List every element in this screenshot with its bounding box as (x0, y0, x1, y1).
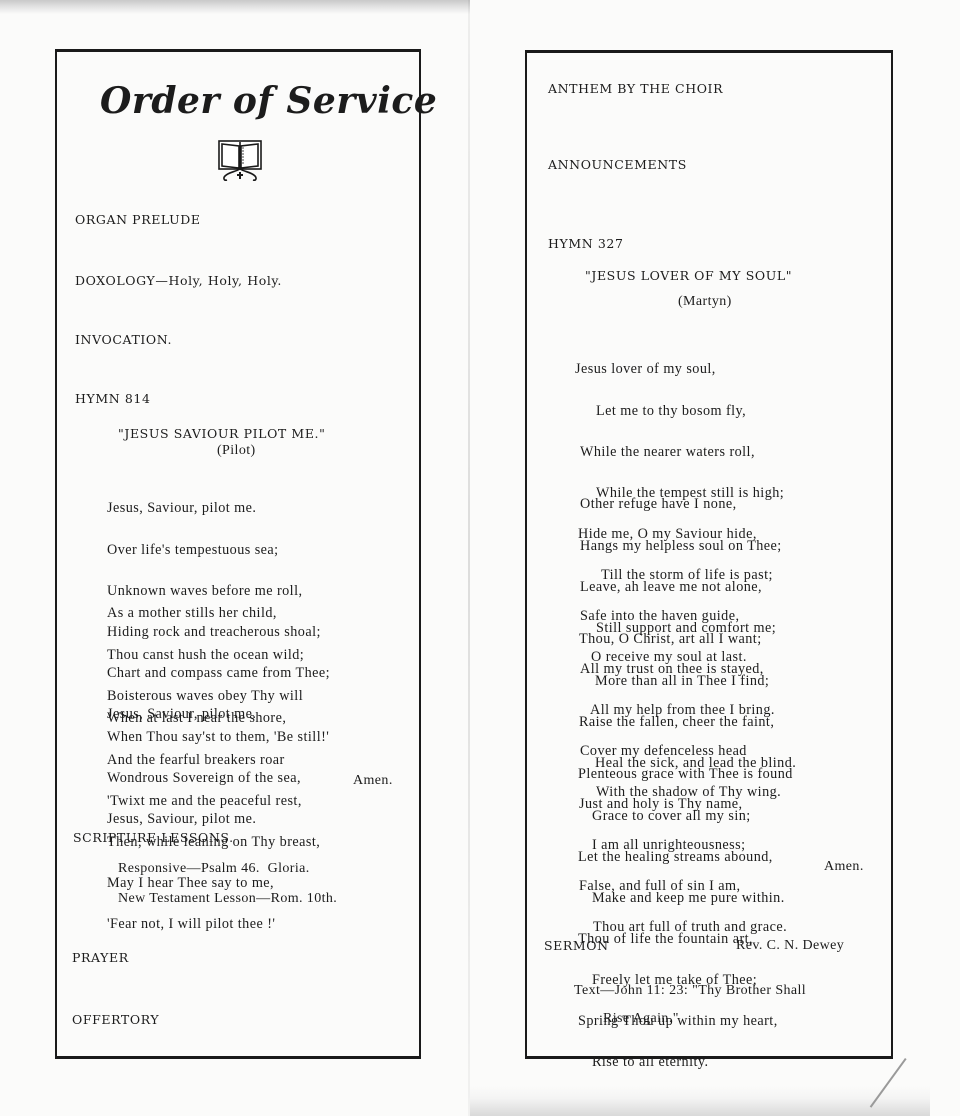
announcements: ANNOUNCEMENTS (548, 157, 687, 172)
sermon-label: SERMON (544, 938, 609, 953)
page-title: Order of Service (100, 80, 437, 122)
paper-fold (468, 0, 470, 1116)
hymn-amen: Amen. (353, 773, 393, 789)
prayer: PRAYER (72, 950, 129, 965)
hymn-title: "JESUS SAVIOUR PILOT ME." (118, 426, 325, 441)
open-bible-icon (215, 138, 265, 186)
hymn-title: "JESUS LOVER OF MY SOUL" (585, 268, 792, 283)
anthem: ANTHEM BY THE CHOIR (548, 81, 723, 96)
hymn-number: HYMN 327 (548, 236, 624, 251)
doxology: DOXOLOGY—Holy, Holy, Holy. (75, 273, 282, 288)
hymn-amen: Amen. (824, 859, 864, 875)
hymn-tune: (Martyn) (678, 294, 732, 310)
scripture-lesson: New Testament Lesson—Rom. 10th. (118, 891, 337, 907)
paper-shadow-top (0, 0, 470, 14)
paper-shadow-bottom (470, 1086, 930, 1116)
offertory: OFFERTORY (72, 1012, 159, 1027)
sermon-preacher: Rev. C. N. Dewey (736, 938, 844, 954)
hymn-verse: Plenteous grace with Thee is found Grace… (578, 741, 793, 1084)
scripture-responsive: Responsive—Psalm 46. Gloria. (118, 861, 310, 877)
invocation: INVOCATION. (75, 332, 172, 347)
sermon-text-line2: Rise Again." (603, 1011, 679, 1027)
organ-prelude: ORGAN PRELUDE (75, 212, 201, 227)
hymn-number: HYMN 814 (75, 391, 151, 406)
hymn-tune: (Pilot) (217, 443, 256, 459)
scripture-heading: SCRIPTURE LESSONS. (73, 830, 234, 845)
sermon-text-line1: Text—John 11: 23: "Thy Brother Shall (574, 983, 806, 999)
